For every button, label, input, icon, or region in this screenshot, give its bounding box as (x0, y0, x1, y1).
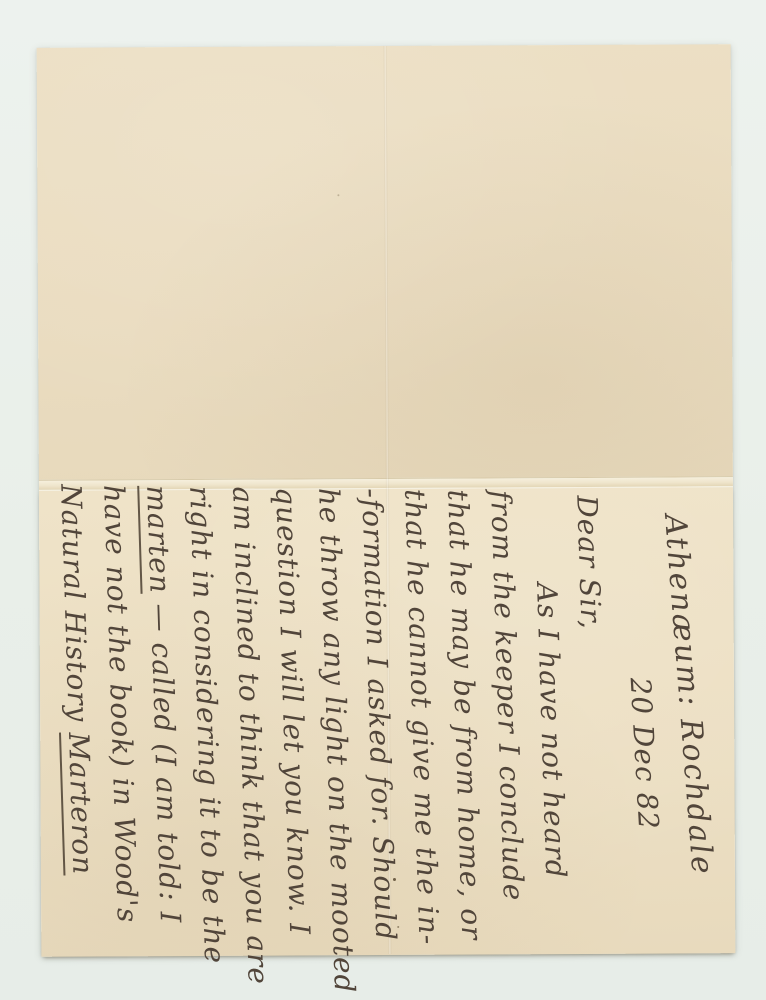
paper-speck (397, 926, 399, 928)
paper-speck (393, 878, 396, 881)
paper-speck (337, 194, 339, 196)
letter-photograph: Athenæum: Rochdale20 Dec 82Dear Sir,As I… (0, 0, 766, 1000)
letter-paper (37, 44, 736, 956)
